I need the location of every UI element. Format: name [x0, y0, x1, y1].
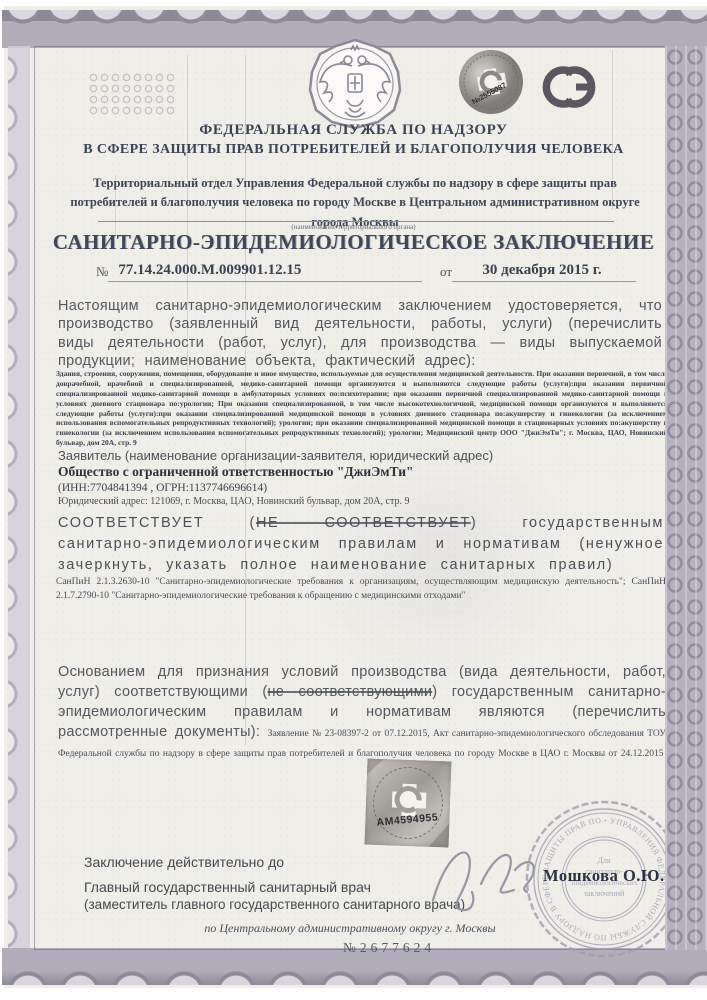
form-number: №2677624	[343, 940, 435, 956]
doc-date: 30 декабря 2015 г.	[452, 262, 636, 282]
struck-not-conforms: НЕ СООТВЕТСТВУЕТ	[256, 515, 471, 531]
district-line: по Центральному административному округу…	[100, 921, 600, 936]
basis-paragraph: Основанием для признания условий произво…	[58, 662, 666, 762]
applicant-address: Юридический адрес: 121069, г. Москва, ЦА…	[58, 496, 658, 507]
struck-not-conforming: не соответствующими	[268, 684, 433, 700]
certificate-page: №2555087 ФЕДЕРАЛЬНАЯ СЛУЖБА ПО НАДЗОРУ В…	[0, 0, 707, 1000]
conformity-paragraph: СООТВЕТСТВУЕТ (НЕ СООТВЕТСТВУЕТ) государ…	[58, 513, 664, 576]
applicant-name: Общество с ограниченной ответственностью…	[58, 464, 658, 480]
number-label: №	[96, 264, 108, 282]
signer-name: Мошкова О.Ю.	[543, 866, 703, 886]
border-right	[665, 46, 707, 950]
doc-number: 77.14.24.000.M.009901.12.15	[108, 262, 422, 282]
activities-finetext: Здания, строения, сооружения, помещения,…	[56, 369, 668, 448]
applicant-ids: (ИНН:7704841394 , ОГРН:1137746696614)	[58, 482, 658, 494]
applicant-label: Заявитель (наименование организации-заяв…	[58, 448, 658, 463]
security-pattern	[88, 72, 174, 118]
doc-number-row: № 77.14.24.000.M.009901.12.15 от 30 дека…	[96, 262, 636, 282]
header-line2: В СФЕРЕ ЗАЩИТЫ ПРАВ ПОТРЕБИТЕЛЕЙ И БЛАГО…	[0, 142, 707, 158]
sanpin-text: СанПиН 2.1.3.2630-10 "Санитарно-эпидемио…	[56, 575, 666, 604]
conformity-part1: СООТВЕТСТВУЕТ (	[58, 515, 256, 531]
border-left	[8, 46, 30, 950]
doc-title: САНИТАРНО-ЭПИДЕМИОЛОГИЧЕСКОЕ ЗАКЛЮЧЕНИЕ	[0, 230, 707, 255]
svg-text:заключений: заключений	[584, 889, 625, 898]
header-line1: ФЕДЕРАЛЬНАЯ СЛУЖБА ПО НАДЗОРУ	[0, 122, 707, 139]
territorial-rule	[98, 221, 614, 222]
hologram-sticker-top: №2555087	[453, 44, 529, 120]
ot-label: от	[440, 264, 452, 282]
svg-text:Для: Для	[597, 856, 610, 865]
intro-paragraph: Настоящим санитарно-эпидемиологическим з…	[58, 297, 662, 371]
se-logo-icon	[536, 63, 602, 111]
